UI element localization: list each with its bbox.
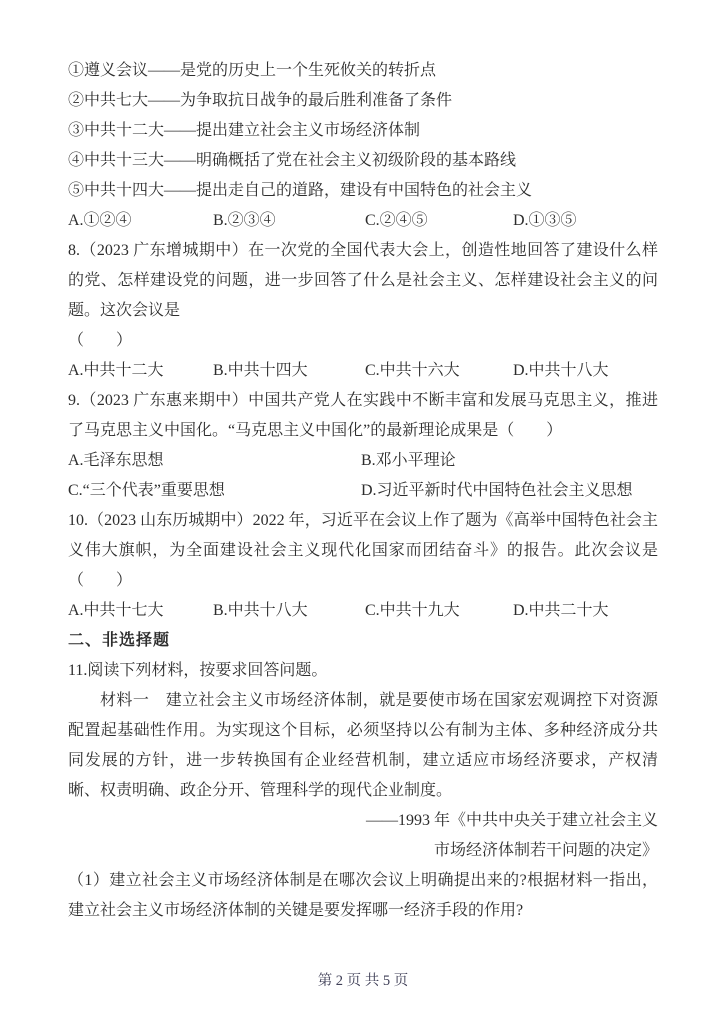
- q7-option-c: C.②④⑤: [365, 206, 513, 236]
- page-number-footer: 第 2 页 共 5 页: [0, 969, 726, 990]
- q7-item-4: ④中共十三大——明确概括了党在社会主义初级阶段的基本路线: [68, 146, 658, 176]
- q10-stem: 10.（2023 山东历城期中）2022 年，习近平在会议上作了题为《高举中国特…: [68, 506, 658, 596]
- q9-option-d: D.习近平新时代中国特色社会主义思想: [361, 476, 658, 506]
- q9-option-b: B.邓小平理论: [361, 446, 658, 476]
- q8-option-b: B.中共十四大: [213, 356, 365, 386]
- section-2-heading: 二、非选择题: [68, 626, 658, 656]
- q11-subquestion-1: （1）建立社会主义市场经济体制是在哪次会议上明确提出来的?根据材料一指出，建立社…: [68, 866, 658, 926]
- q9-option-c: C.“三个代表”重要思想: [68, 476, 361, 506]
- q8-options-row: A.中共十二大 B.中共十四大 C.中共十六大 D.中共十八大: [68, 356, 658, 386]
- q7-item-3: ③中共十二大——提出建立社会主义市场经济体制: [68, 116, 658, 146]
- q10-options-row: A.中共十七大 B.中共十八大 C.中共十九大 D.中共二十大: [68, 596, 658, 626]
- q10-option-d: D.中共二十大: [513, 596, 658, 626]
- exam-page: ①遵义会议——是党的历史上一个生死攸关的转折点 ②中共七大——为争取抗日战争的最…: [0, 0, 726, 1024]
- q9-options-row-1: A.毛泽东思想 B.邓小平理论: [68, 446, 658, 476]
- q8-option-a: A.中共十二大: [68, 356, 213, 386]
- q7-option-b: B.②③④: [213, 206, 365, 236]
- q7-options-row: A.①②④ B.②③④ C.②④⑤ D.①③⑤: [68, 206, 658, 236]
- q7-item-2: ②中共七大——为争取抗日战争的最后胜利准备了条件: [68, 86, 658, 116]
- q8-answer-blank: （ ）: [68, 326, 658, 356]
- q7-option-a: A.①②④: [68, 206, 213, 236]
- q10-option-c: C.中共十九大: [365, 596, 513, 626]
- q8-option-d: D.中共十八大: [513, 356, 658, 386]
- document-body: ①遵义会议——是党的历史上一个生死攸关的转折点 ②中共七大——为争取抗日战争的最…: [68, 56, 658, 926]
- q8-option-c: C.中共十六大: [365, 356, 513, 386]
- q9-stem: 9.（2023 广东惠来期中）中国共产党人在实践中不断丰富和发展马克思主义，推进…: [68, 386, 658, 446]
- q10-option-b: B.中共十八大: [213, 596, 365, 626]
- q9-options-row-2: C.“三个代表”重要思想 D.习近平新时代中国特色社会主义思想: [68, 476, 658, 506]
- q11-material-1: 材料一 建立社会主义市场经济体制，就是要使市场在国家宏观调控下对资源配置起基础性…: [68, 686, 658, 806]
- q8-stem: 8.（2023 广东增城期中）在一次党的全国代表大会上，创造性地回答了建设什么样…: [68, 236, 658, 326]
- q7-option-d: D.①③⑤: [513, 206, 658, 236]
- q10-option-a: A.中共十七大: [68, 596, 213, 626]
- q9-option-a: A.毛泽东思想: [68, 446, 361, 476]
- q7-item-1: ①遵义会议——是党的历史上一个生死攸关的转折点: [68, 56, 658, 86]
- q11-citation-line-2: 市场经济体制若干问题的决定》: [68, 836, 658, 866]
- q11-citation-line-1: ——1993 年《中共中央关于建立社会主义: [68, 806, 658, 836]
- q7-item-5: ⑤中共十四大——提出走自己的道路，建设有中国特色的社会主义: [68, 176, 658, 206]
- q11-intro: 11.阅读下列材料，按要求回答问题。: [68, 656, 658, 686]
